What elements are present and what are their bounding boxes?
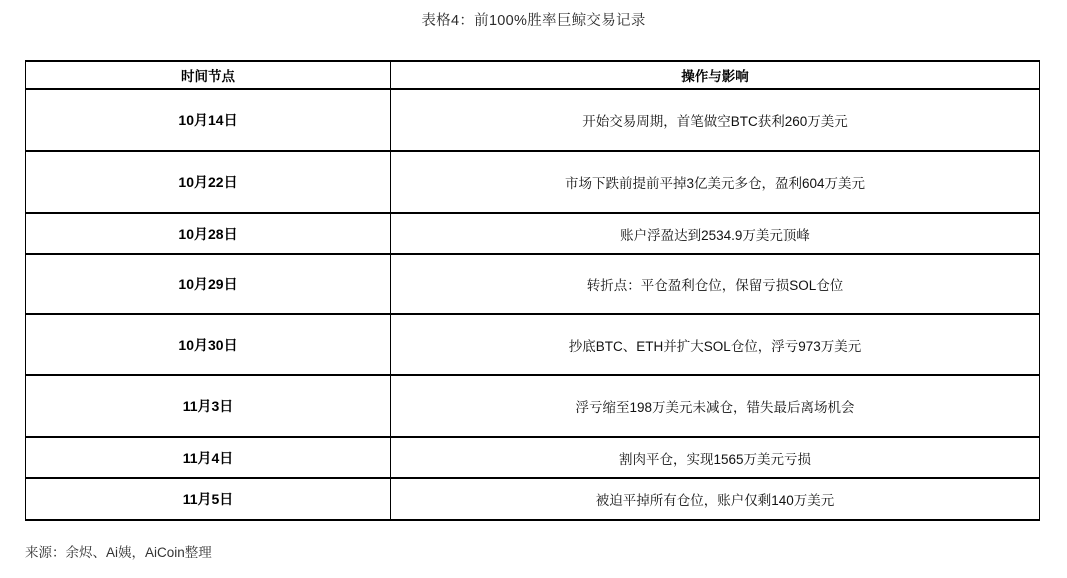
action-cell: 抄底BTC、ETH并扩大SOL仓位，浮亏973万美元 <box>391 314 1040 375</box>
table-row: 10月30日 抄底BTC、ETH并扩大SOL仓位，浮亏973万美元 <box>26 314 1040 375</box>
action-cell: 市场下跌前提前平掉3亿美元多仓，盈利604万美元 <box>391 151 1040 213</box>
source-note: 来源：余烬、Ai姨，AiCoin整理 <box>25 541 212 561</box>
date-cell: 10月29日 <box>26 254 391 314</box>
date-cell: 10月28日 <box>26 213 391 254</box>
date-cell: 10月30日 <box>26 314 391 375</box>
page-title: 表格4：前100%胜率巨鲸交易记录 <box>0 9 1067 30</box>
table-body: 10月14日 开始交易周期，首笔做空BTC获利260万美元 10月22日 市场下… <box>26 89 1040 520</box>
column-header-time: 时间节点 <box>26 61 391 89</box>
action-cell: 割肉平仓，实现1565万美元亏损 <box>391 437 1040 478</box>
date-cell: 11月3日 <box>26 375 391 437</box>
table-row: 11月5日 被迫平掉所有仓位，账户仅剩140万美元 <box>26 478 1040 520</box>
table-row: 10月28日 账户浮盈达到2534.9万美元顶峰 <box>26 213 1040 254</box>
table-row: 10月22日 市场下跌前提前平掉3亿美元多仓，盈利604万美元 <box>26 151 1040 213</box>
whale-trades-table: 时间节点 操作与影响 10月14日 开始交易周期，首笔做空BTC获利260万美元… <box>25 60 1040 521</box>
column-header-action: 操作与影响 <box>391 61 1040 89</box>
action-cell: 账户浮盈达到2534.9万美元顶峰 <box>391 213 1040 254</box>
table-row: 10月29日 转折点：平仓盈利仓位，保留亏损SOL仓位 <box>26 254 1040 314</box>
action-cell: 转折点：平仓盈利仓位，保留亏损SOL仓位 <box>391 254 1040 314</box>
date-cell: 11月4日 <box>26 437 391 478</box>
date-cell: 11月5日 <box>26 478 391 520</box>
date-cell: 10月14日 <box>26 89 391 151</box>
action-cell: 开始交易周期，首笔做空BTC获利260万美元 <box>391 89 1040 151</box>
header-row: 时间节点 操作与影响 <box>26 61 1040 89</box>
date-cell: 10月22日 <box>26 151 391 213</box>
action-cell: 被迫平掉所有仓位，账户仅剩140万美元 <box>391 478 1040 520</box>
table-row: 11月4日 割肉平仓，实现1565万美元亏损 <box>26 437 1040 478</box>
table-row: 11月3日 浮亏缩至198万美元未减仓，错失最后离场机会 <box>26 375 1040 437</box>
action-cell: 浮亏缩至198万美元未减仓，错失最后离场机会 <box>391 375 1040 437</box>
table-row: 10月14日 开始交易周期，首笔做空BTC获利260万美元 <box>26 89 1040 151</box>
